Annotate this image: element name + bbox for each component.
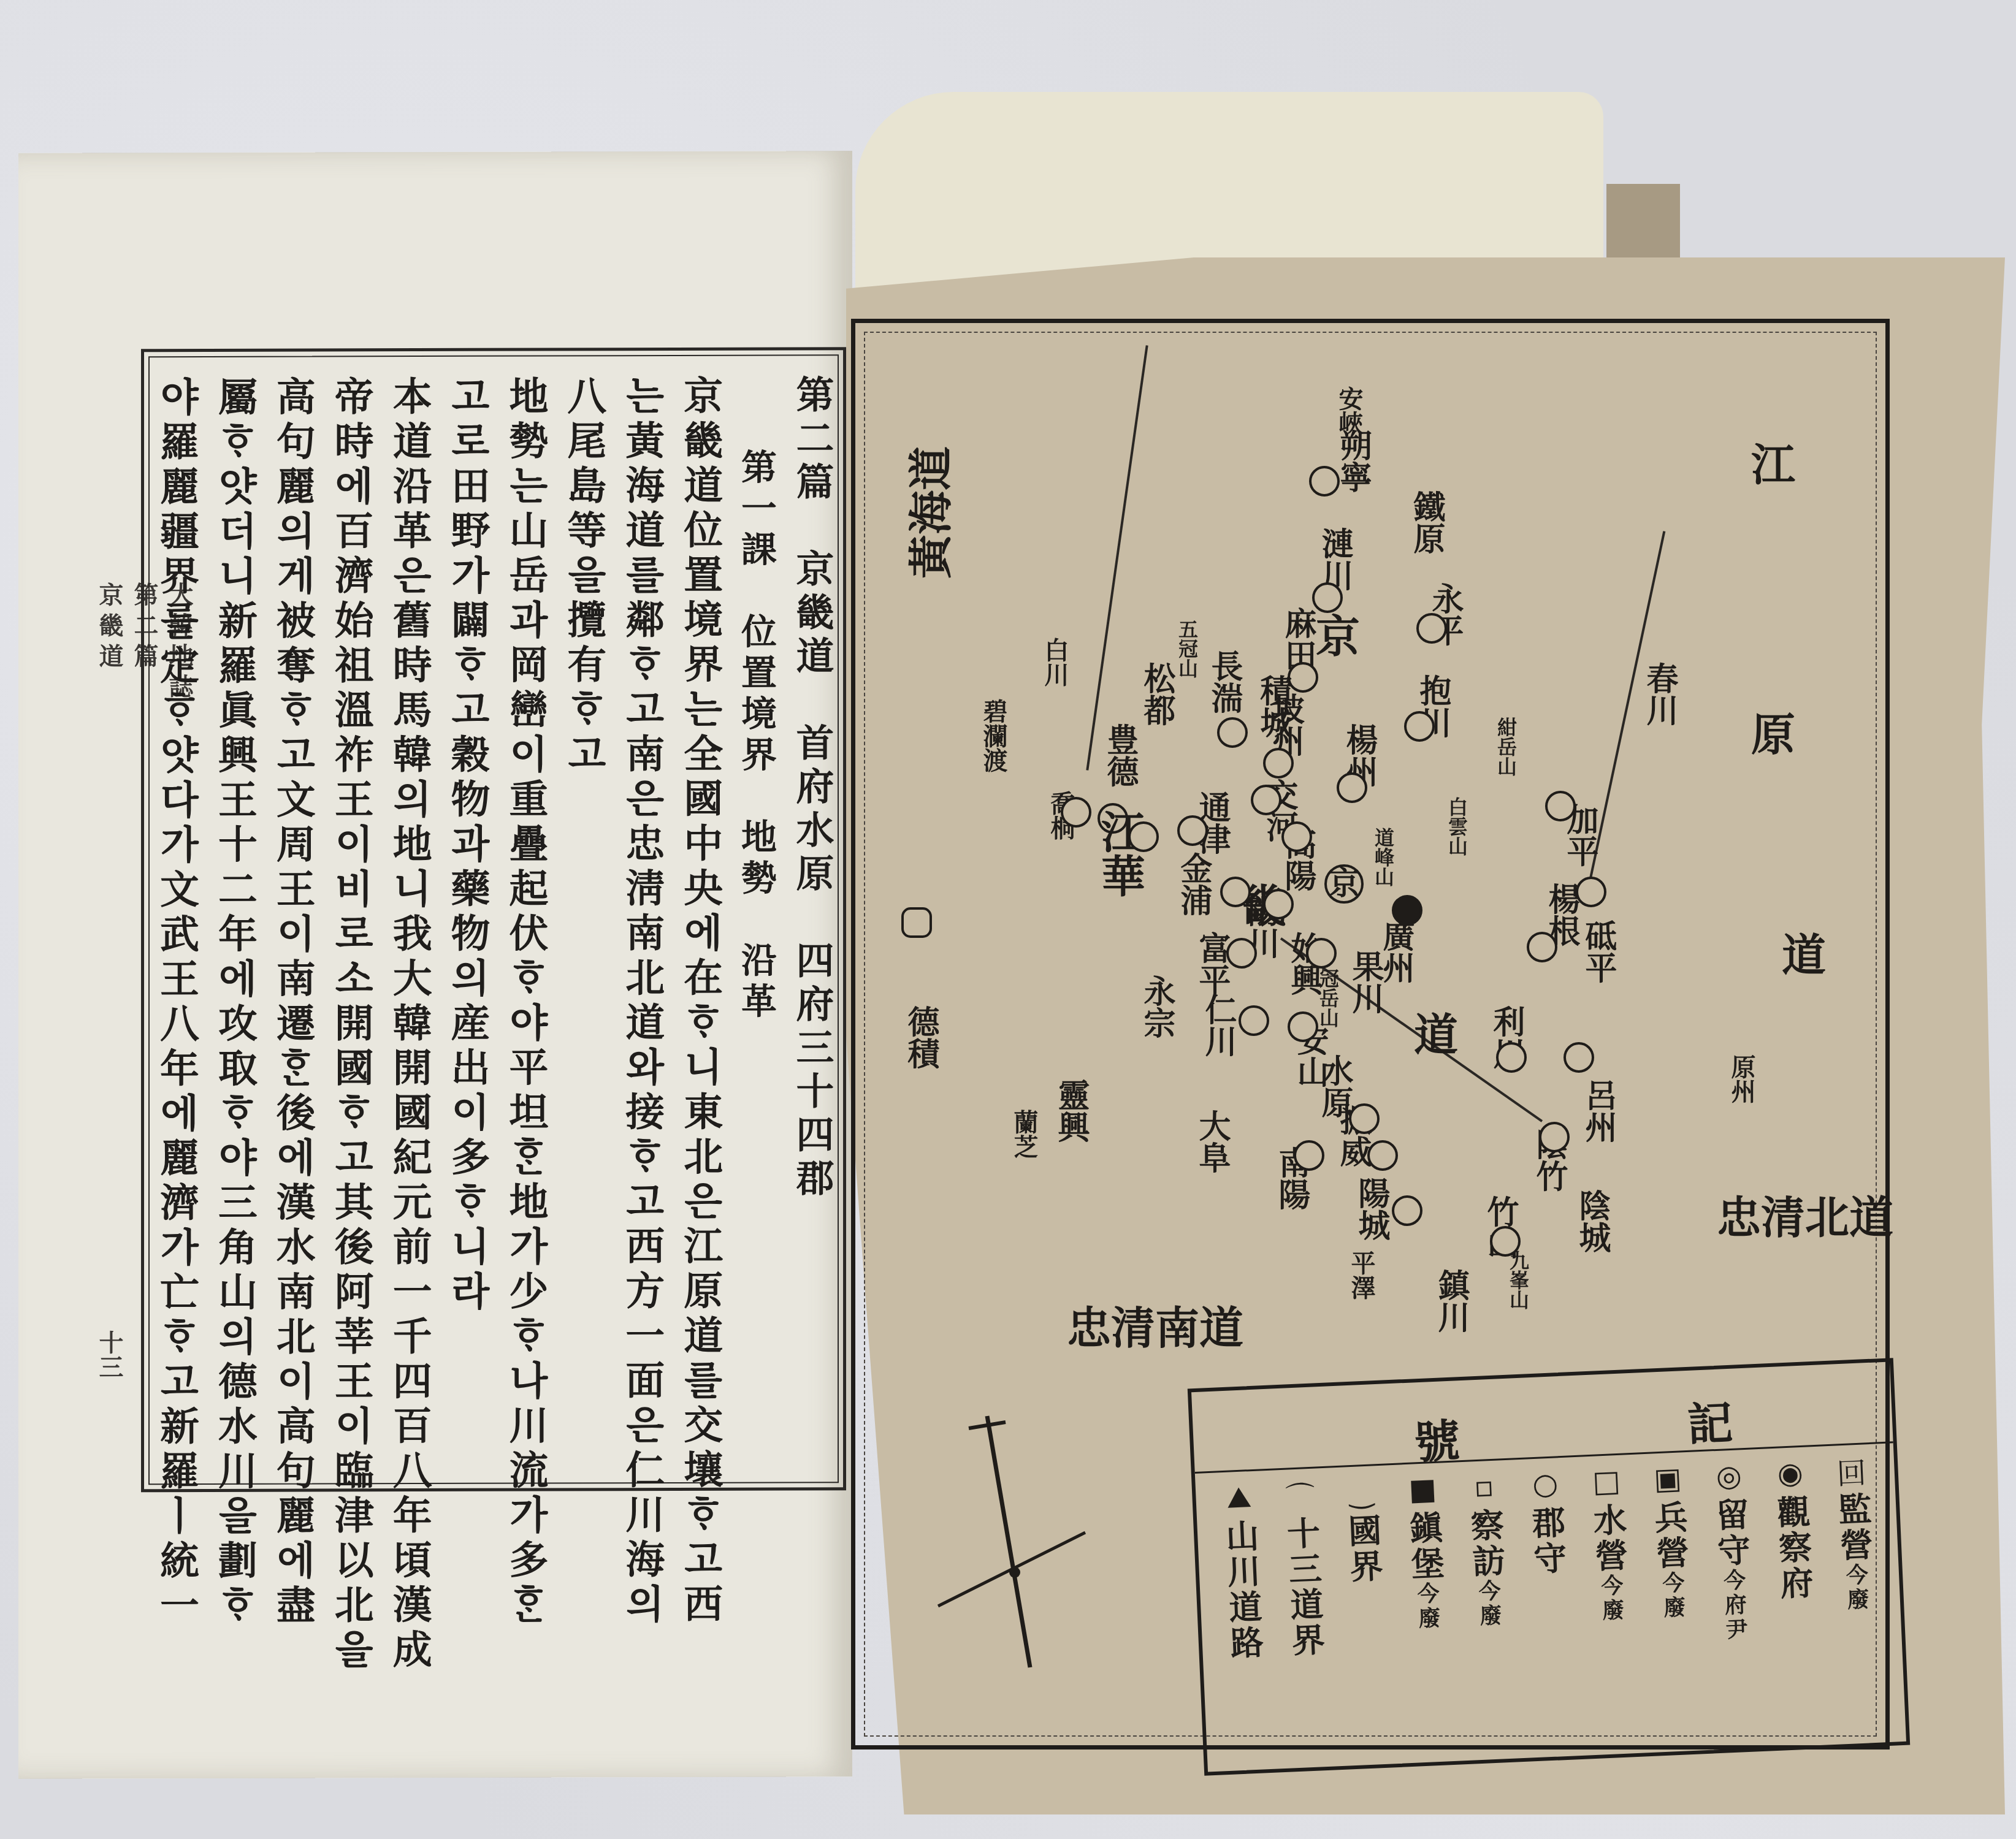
legend-label: 山川道路 xyxy=(1220,1518,1266,1662)
legend-label: 察訪 xyxy=(1465,1507,1507,1580)
region-chungbuk: 忠清北道 xyxy=(1717,1195,1893,1239)
legend-label: 郡守 xyxy=(1526,1505,1568,1578)
text-columns: 第二篇 京畿道 首府水原 四府三十四郡 第一課 位置境界 地勢 沿革 京畿道位置… xyxy=(156,375,831,1477)
county-marker xyxy=(1545,791,1576,821)
place-label: 果川 xyxy=(1349,950,1381,1014)
mountain-label: 九峯山 xyxy=(1508,1251,1528,1309)
yusu-marker xyxy=(1349,1103,1380,1134)
lesson-heading: 第一課 位置境界 地勢 沿革 xyxy=(738,375,774,1475)
county-marker xyxy=(1337,772,1367,803)
gunsu-symbol-icon: ○ xyxy=(1532,1462,1559,1506)
county-marker xyxy=(1263,748,1294,779)
county-marker xyxy=(1226,938,1257,969)
place-label: 碧瀾渡 xyxy=(981,699,1006,772)
legend-label: 水營 xyxy=(1587,1502,1630,1575)
county-marker xyxy=(1288,662,1318,693)
region-label-gangwon-1: 江 xyxy=(1747,441,1792,485)
region-label-gangwon-3: 道 xyxy=(1778,932,1822,976)
jinbo-symbol-icon: ■ xyxy=(1408,1468,1437,1512)
place-label: 呂州 xyxy=(1582,1079,1614,1143)
place-label-ganghwa: 江華 xyxy=(1098,809,1142,897)
county-marker xyxy=(1576,877,1606,907)
text-column: 고로田野가闢ᄒᆞ고穀物과藥物의産出이多ᄒᆞ니라 xyxy=(448,376,487,1476)
yusu-symbol-icon: ◎ xyxy=(1715,1454,1743,1498)
legend-note: 今廢 xyxy=(1475,1578,1502,1629)
county-marker xyxy=(1281,821,1312,852)
county-marker xyxy=(1217,717,1248,748)
legend-label: 兵營 xyxy=(1649,1499,1691,1572)
text-frame: 第二篇 京畿道 首府水原 四府三十四郡 第一課 位置境界 地勢 沿革 京畿道位置… xyxy=(141,347,846,1492)
legend-note: 今廢 xyxy=(1659,1571,1686,1621)
chapter-title: 京畿道 xyxy=(92,582,127,704)
place-label: 靈興 xyxy=(1055,1079,1086,1143)
gwanchalbu-symbol-icon: ◉ xyxy=(1776,1452,1804,1496)
island-marker xyxy=(901,907,932,938)
text-column: 本道沿革은舊時馬韓의地니我大韓開國紀元前一千四百八年頃漢成 xyxy=(389,376,429,1476)
gamyeong-symbol-icon: 回 xyxy=(1836,1449,1867,1493)
text-column: 屬ᄒᆞ얏더니新羅眞興王十二年에攻取ᄒᆞ야三角山의德水川을劃ᄒᆞ xyxy=(215,376,254,1477)
county-marker xyxy=(1416,613,1447,644)
legend-label: 國界 xyxy=(1342,1513,1384,1586)
county-marker xyxy=(1392,1195,1422,1226)
county-marker xyxy=(1251,785,1281,815)
suyeong-symbol-icon: □ xyxy=(1592,1460,1621,1504)
capital-marker: 京 xyxy=(1324,864,1364,904)
region-label-do: 道 xyxy=(1410,1011,1454,1056)
county-marker xyxy=(1404,711,1435,742)
legend-label: 監營 xyxy=(1833,1491,1875,1564)
legend-label: 十三道界 xyxy=(1281,1515,1327,1659)
legend-title-char: 記 xyxy=(1686,1387,1735,1454)
county-marker xyxy=(1564,1042,1594,1073)
place-label: 安峽 xyxy=(1337,386,1361,435)
text-column: 는黃海道를鄰ᄒᆞ고南은忠淸南北道와接ᄒᆞ고西方一面은仁川海의 xyxy=(622,375,661,1475)
legend-note: 今廢 xyxy=(1597,1574,1625,1624)
legend-label: 鎭堡 xyxy=(1403,1510,1446,1583)
page-number: 十三 xyxy=(92,1330,127,1379)
map-legend: 記 號 回 監營今廢 ◉ 觀察府 ◎ 留守今府尹 ▣ 兵營今廢 □ 水營今廢 ○… xyxy=(1188,1358,1910,1776)
byeongyeong-symbol-icon: ▣ xyxy=(1653,1456,1682,1501)
left-text-page: 大韓地誌 第二篇 京畿道 十三 第二篇 京畿道 首府水原 四府三十四郡 第一課 … xyxy=(18,151,852,1779)
text-column: 八尾島等을攬有ᄒᆞ고 xyxy=(563,375,603,1475)
yusu-marker xyxy=(1128,821,1159,852)
place-label: 長湍 xyxy=(1208,650,1240,714)
place-label: 麻田 xyxy=(1281,607,1313,671)
legend-title-char: 號 xyxy=(1413,1405,1461,1472)
place-label: 永宗 xyxy=(1140,975,1172,1038)
legend-note: 今廢 xyxy=(1413,1582,1441,1632)
place-label: 平澤 xyxy=(1349,1251,1373,1300)
mountain-label: 紺岳山 xyxy=(1496,717,1516,776)
county-marker xyxy=(1294,1140,1324,1171)
mountain-label: 冠岳山 xyxy=(1318,969,1338,1027)
county-marker xyxy=(1177,815,1208,846)
observation-post-marker xyxy=(1392,895,1422,926)
county-marker xyxy=(1288,1011,1318,1042)
county-marker xyxy=(1239,1005,1269,1036)
provincial-border-line-icon: ⌒ xyxy=(1285,1473,1316,1517)
region-label-gangwon-2: 原 xyxy=(1747,711,1792,755)
legend-item-gamyeong: 回 監營今廢 xyxy=(1820,1448,1893,1732)
place-label: 原州 xyxy=(1729,1054,1754,1103)
mountain-label: 白雲山 xyxy=(1447,797,1467,856)
place-label: 廣州 xyxy=(1380,919,1411,983)
county-marker xyxy=(1496,1042,1527,1073)
place-label: 砥平 xyxy=(1582,919,1614,983)
place-label: 德積 xyxy=(904,1005,936,1069)
place-label: 坡州 xyxy=(1269,693,1301,756)
region-hwanghae: 黃海道 xyxy=(909,446,953,579)
place-label: 鐵原 xyxy=(1410,490,1442,554)
region-chungnam: 忠清南道 xyxy=(1067,1306,1243,1350)
county-marker xyxy=(1312,582,1343,613)
text-column: 야羅麗疆界를定ᄒᆞ얏다가文武王八年에麗濟가亡ᄒᆞ고新羅ㅣ統一 xyxy=(156,376,196,1477)
region-label-gyeong: 京 xyxy=(1312,613,1356,657)
text-column: 高句麗의게被奪ᄒᆞ고文周王이南遷ᄒᆞᆫ後에漢水南北이高句麗에盡 xyxy=(273,376,312,1477)
county-marker xyxy=(1367,1140,1398,1171)
place-label: 豊德 xyxy=(1104,723,1136,787)
legend-note: 今府尹 xyxy=(1720,1568,1749,1643)
county-marker xyxy=(1263,889,1294,919)
national-border-line-icon: ‿ xyxy=(1349,1470,1375,1514)
text-column: 京畿道位置境界는全國中央에在ᄒᆞ니東北은江原道를交壤ᄒᆞ고西 xyxy=(680,375,719,1475)
county-marker xyxy=(1309,466,1340,497)
place-label: 朔寧 xyxy=(1337,429,1369,493)
place-label: 陰城 xyxy=(1576,1189,1608,1253)
text-column: 帝時에百濟始祖溫祚王이비로소開國ᄒᆞ고其後阿莘王이臨津以北을 xyxy=(331,376,370,1476)
place-label: 金浦 xyxy=(1177,852,1209,916)
chalbang-symbol-icon: ▫ xyxy=(1473,1465,1495,1509)
place-label: 陽城 xyxy=(1355,1177,1387,1241)
place-label: 白川 xyxy=(1042,638,1067,687)
place-label: 春川 xyxy=(1643,662,1675,726)
county-marker xyxy=(1306,938,1337,969)
county-marker xyxy=(1539,1122,1570,1152)
place-label: 漣川 xyxy=(1318,527,1350,591)
compass-icon xyxy=(932,1410,1091,1680)
place-label: 仁川 xyxy=(1202,993,1234,1057)
place-label: 富平 xyxy=(1196,932,1228,996)
mountain-river-icon: ⛰ xyxy=(1226,1475,1252,1520)
legend-note: 今廢 xyxy=(1842,1563,1870,1613)
place-label: 鎮川 xyxy=(1435,1269,1467,1333)
legend-label: 觀察府 xyxy=(1771,1494,1816,1602)
county-marker xyxy=(1527,932,1557,962)
text-column: 地勢는山岳과岡巒이重疊起伏ᄒᆞ야平坦ᄒᆞᆫ地가少ᄒᆞ나川流가多ᄒᆞᆫ xyxy=(505,376,544,1476)
mountain-label: 五冠山 xyxy=(1177,619,1197,678)
county-marker xyxy=(1061,797,1091,828)
place-label: 大阜 xyxy=(1196,1110,1228,1173)
place-label: 松都 xyxy=(1140,662,1172,726)
legend-label: 留守 xyxy=(1710,1497,1752,1570)
legend-items: 回 監營今廢 ◉ 觀察府 ◎ 留守今府尹 ▣ 兵營今廢 □ 水營今廢 ○ 郡守 … xyxy=(1207,1448,1893,1759)
heading-column: 第二篇 京畿道 首府水原 四府三十四郡 xyxy=(793,375,831,1475)
place-label: 蘭芝 xyxy=(1012,1110,1036,1159)
mountain-label: 道峰山 xyxy=(1373,828,1393,886)
